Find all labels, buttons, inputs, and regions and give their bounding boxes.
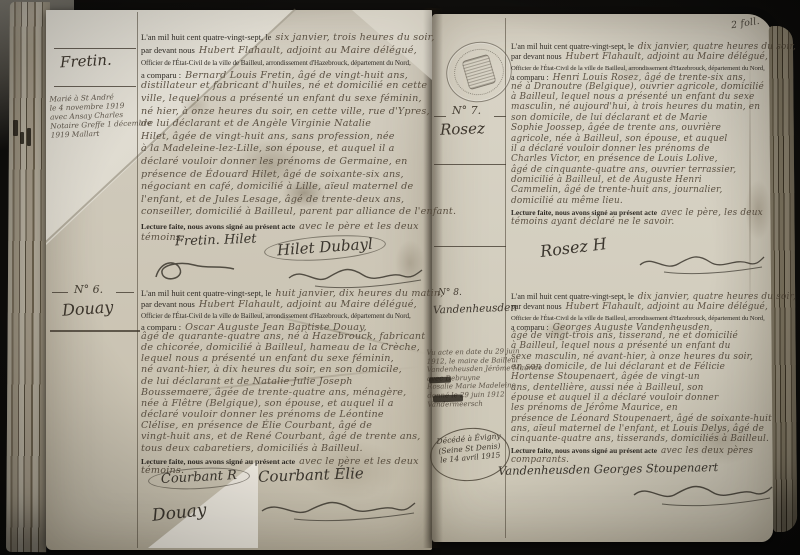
act-body-line: Hortense Stoupenaert, âgée de vingt-un [511,372,751,382]
act-body-line: de lui déclarant et de Natalie Julie Jos… [141,376,427,387]
act-body-line: l'enfant, et de Jules Lesage, âgé de tre… [141,194,427,207]
margin-divider [434,246,506,247]
act-number-6: N° 6. [74,283,103,296]
birth-act-7: L'an mil huit cent quatre-vingt-sept, le… [511,40,751,227]
hand-officer: Hubert Flahault, adjoint au Maire délégu… [199,45,417,56]
margin-dash [434,116,446,117]
margin-divider [54,86,136,87]
act-body-line: masculin, né aujourd'hui, à trois heures… [511,102,751,112]
printed-a-comparu: a comparu : [141,70,181,80]
act-body-line: présence de Léonard Stoupenaert, âgé de … [511,414,751,424]
act-body-line: lequel nous a présenté un enfant du sexe… [141,353,427,364]
act-body-line: présence de Édouard Hilet, âgé de soixan… [141,169,427,182]
act-body-line: Charles Victor, en présence de Louis Lol… [511,154,751,164]
official-rubric-flourish-icon [285,262,425,290]
book-page-edges-right [769,26,797,532]
margin-name-act5: Fretin. [60,51,113,72]
act-body-line: il a déclaré vouloir donner les prénoms … [511,144,751,154]
act-body-line: ville, lequel nous a présenté un enfant … [141,93,427,106]
act-body: âgé de vingt-trois ans, tisserand, né et… [511,331,751,444]
act-body-line: âgé de vingt-trois ans, tisserand, né et… [511,331,751,341]
witness-rubric-flourish-icon [150,255,242,285]
spine-ink-mark [20,132,24,144]
act-body-line: vingt-huit ans, et de René Courbant, âgé… [141,431,427,442]
hand-date: six janvier, trois heures du soir, [275,32,434,43]
margin-name-act7: Rosez [440,119,485,139]
act-body-line: de lui déclarant et de Angèle Virginie N… [141,118,427,131]
printed-lecture: Lecture faite, nous avons signé au prése… [511,208,657,217]
act-body-line: domicilié au même lieu. [511,196,751,206]
act-body-line: à la Madeleine-lez-Lille, son épouse, et… [141,143,427,156]
act-body-line: son domicile, de lui déclarant et de Mar… [511,113,751,123]
birth-act-6: L'an mil huit cent quatre-vingt-sept, le… [141,286,427,476]
margin-dash [116,292,134,293]
marriage-margin-note: Marié à St Andréle 4 novembre 1919avec A… [49,91,143,139]
birth-act-5: L'an mil huit cent quatre-vingt-sept, le… [141,30,427,244]
printed-opening: L'an mil huit cent quatre-vingt-sept, le [141,32,271,42]
act-body: distillateur et fabricant d'huiles, né e… [141,80,427,219]
act-body-line: sexe masculin, né avant-hier, à onze heu… [511,352,751,362]
printed-devant-nous: par devant nous [511,302,562,311]
margin-divider [54,48,136,49]
act-body-line: conseiller, domicilié à Bailleul, parent… [141,206,427,219]
act-body-line: âgé de cinquante-quatre ans, ouvrier ter… [511,165,751,175]
margin-dash [494,116,506,117]
act-body-line: en son domicile, de lui déclarant et de … [511,362,751,372]
act-body-line: à Bailleul, lequel nous a présenté un en… [511,341,751,351]
act-body-line: domicilié à Bailleul, et de Auguste Henr… [511,175,751,185]
act-body-line: déclaré vouloir donner les prénoms de Lé… [141,409,427,420]
margin-divider [434,164,506,165]
hand-closing: avec les deux pères [661,446,753,456]
act-body-line: âgé de quarante-quatre ans, né à Hazebro… [141,331,427,342]
act-body: né à Dranoutre (Belgique), ouvrier agric… [511,82,751,207]
hand-comparant: Bernard Louis Fretin, âgé de vingt-huit … [185,70,408,81]
act-body-line: Hilet, âgée de vingt-huit ans, sans prof… [141,131,427,144]
act-body-line: épouse et auquel il a déclaré vouloir do… [511,393,751,403]
act-body-line: né hier, à onze heures du soir, en cette… [141,106,427,119]
act-body-line: ans, dentellière, aussi née à Bailleul, … [511,383,751,393]
book-page-edges-left [6,2,50,552]
act-body-line: les prénoms de Jérôme Maurice, en [511,403,751,413]
hand-closing: avec le père, les deux [661,208,763,218]
act-body-line: né à Dranoutre (Belgique), ouvrier agric… [511,82,751,92]
ink-blot [433,394,463,402]
hand-closing: avec le père et les deux [299,221,419,232]
act-body-line: déclaré vouloir donner les prénoms de Ge… [141,156,427,169]
act-body-line: Boussemaere, âgée de trente-quatre ans, … [141,387,427,398]
official-rubric-flourish-icon [636,250,766,276]
act-body-line: agricole, née à Bailleul, son épouse, et… [511,134,751,144]
signature-courbant-elie: Courbant Élie [258,464,364,486]
margin-name-act6: Douay [61,297,114,320]
act-body-line: Sophie Joossep, âgée de trente ans, ouvr… [511,123,751,133]
act-body-line: cinquante-quatre ans, tisserands, domici… [511,434,751,444]
printed-lecture: Lecture faite, nous avons signé au prése… [141,222,295,231]
spine-ink-mark [13,120,18,136]
official-rubric-flourish-icon [630,478,775,508]
act-body-line: Cammelin, âgé de trente-huit ans, journa… [511,185,751,195]
act-body-line: distillateur et fabricant d'huiles, né e… [141,80,427,93]
act-body-line: ans, aïeul maternel de l'enfant, et Loui… [511,424,751,434]
spine-ink-mark [27,128,31,146]
act-body-line: tous deux cabaretiers, domiciliés à Bail… [141,443,427,454]
birth-act-8: L'an mil huit cent quatre-vingt-sept, le… [511,290,751,465]
margin-divider-thick [50,330,140,332]
printed-a-comparu: a comparu : [511,73,549,82]
act-body-line: à Bailleul, lequel nous a présenté un en… [511,92,751,102]
ink-blot [429,377,451,384]
act-body-line: Clélise, en présence de Élie Courbant, â… [141,420,427,431]
signature-fretin-hilet: Fretin. Hilet [175,232,257,250]
official-rubric-flourish-icon [258,495,418,523]
act-body-line: née à Flêtre (Belgique), son épouse, et … [141,398,427,409]
death-note-lines: Décédé à Évigny(Seine St Denis)le 14 avr… [429,431,509,466]
printed-devant-nous: par devant nous [141,45,195,55]
act-body-line: né avant-hier, à dix heures du soir, en … [141,364,427,375]
act-body-line: de chicorée, domicilié à Bailleul, hamea… [141,342,427,353]
act-number-7: N° 7. [452,104,481,117]
margin-dash [52,292,68,293]
act-body-line: négociant en café, domicilié à Lille, aï… [141,181,427,194]
act-body: âgé de quarante-quatre ans, né à Hazebro… [141,331,427,454]
